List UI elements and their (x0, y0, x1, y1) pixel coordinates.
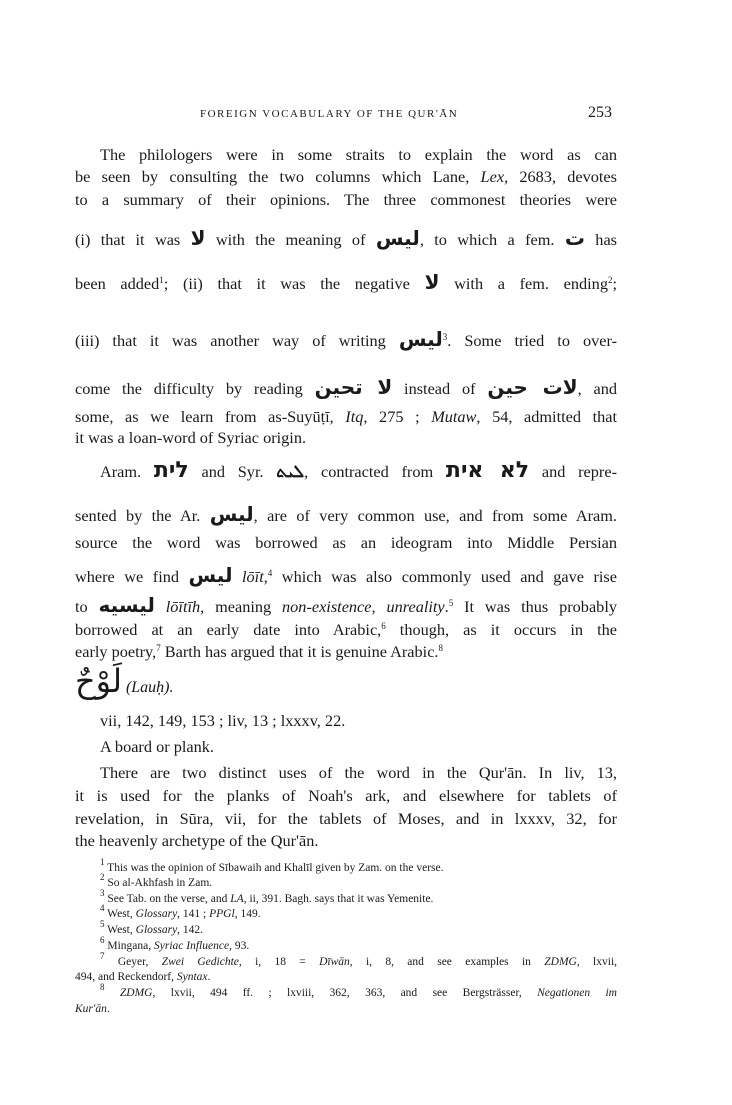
footnote-2: 2 So al-Akhfash in Zam. (100, 877, 617, 889)
definition: A board or plank. (100, 737, 617, 757)
body-line: There are two distinct uses of the word … (100, 763, 617, 783)
body-line: borrowed at an early date into Arabic,6 … (75, 620, 617, 640)
arabic-headword: لَوْحٌ (75, 662, 122, 700)
body-line: be seen by consulting the two columns wh… (75, 167, 617, 187)
body-line: to a summary of their opinions. The thre… (75, 190, 617, 210)
footnote-8: 8 ZDMG, lxvii, 494 ff. ; lxviii, 362, 36… (100, 987, 617, 999)
body-line: source the word was borrowed as an ideog… (75, 533, 617, 553)
body-line: (iii) that it was another way of writing… (75, 327, 617, 351)
footnote-7-continued: 494, and Reckendorf, Syntax. (75, 971, 617, 983)
syriac-text: ܠܝܬ (276, 462, 304, 482)
body-line: to ليسيه lōītīh, meaning non-existence, … (75, 593, 617, 617)
body-line: come the difficulty by reading لا تحين i… (75, 375, 617, 399)
pahlavi-text: ليس (189, 563, 233, 587)
body-line: some, as we learn from as-Suyūṭī, Itq, 2… (75, 407, 617, 427)
running-title: Foreign Vocabulary of the Qur'ān (200, 108, 458, 120)
pahlavi-text: ليسيه (99, 593, 155, 617)
footnote-8-continued: Kur'ān. (75, 1003, 617, 1015)
footnote-7: 7 Geyer, Zwei Gedichte, i, 18 = Dīwān, i… (100, 956, 617, 968)
arabic-text: لا (191, 226, 206, 250)
arabic-text: ليس (399, 327, 443, 351)
hebrew-text: לית (154, 458, 189, 483)
footnote-1: 1 This was the opinion of Sībawaih and K… (100, 862, 617, 874)
body-line: early poetry,7 Barth has argued that it … (75, 642, 617, 662)
page-number: 253 (588, 104, 612, 122)
body-line: Aram. לית and Syr. ܠܝܬ, contracted from … (100, 458, 617, 483)
footnote-4: 4 West, Glossary, 141 ; PPGl, 149. (100, 908, 617, 920)
body-line: where we find ليس lōīt,4 which was also … (75, 563, 617, 587)
body-line: (i) that it was لا with the meaning of ل… (75, 226, 617, 250)
arabic-text: لات حين (487, 375, 577, 399)
entry-headword: لَوْحٌ (Lauḥ). (75, 662, 174, 700)
footnote-5: 5 West, Glossary, 142. (100, 924, 617, 936)
arabic-text: ت (565, 226, 585, 250)
footnote-6: 6 Mingana, Syriac Influence, 93. (100, 940, 617, 952)
footnote-3: 3 See Tab. on the verse, and LA, ii, 391… (100, 893, 617, 905)
arabic-text: ليس (376, 226, 420, 250)
body-line: revelation, in Sūra, vii, for the tablet… (75, 809, 617, 829)
hebrew-text: לא אית (446, 458, 529, 483)
transliteration: (Lauḥ). (126, 679, 174, 696)
body-line: it was a loan-word of Syriac origin. (75, 428, 617, 448)
body-line: it is used for the planks of Noah's ark,… (75, 786, 617, 806)
body-line: been added1; (ii) that it was the negati… (75, 270, 617, 294)
arabic-text: ليس (210, 502, 254, 526)
scanned-page: Foreign Vocabulary of the Qur'ān 253 The… (0, 0, 732, 1105)
verse-references: vii, 142, 149, 153 ; liv, 13 ; lxxxv, 22… (100, 711, 617, 731)
body-line: sented by the Ar. ليس, are of very commo… (75, 502, 617, 526)
body-line: The philologers were in some straits to … (100, 145, 617, 165)
arabic-text: لا (425, 270, 440, 294)
body-line: the heavenly archetype of the Qur'ān. (75, 831, 617, 851)
arabic-text: لا تحين (315, 375, 393, 399)
